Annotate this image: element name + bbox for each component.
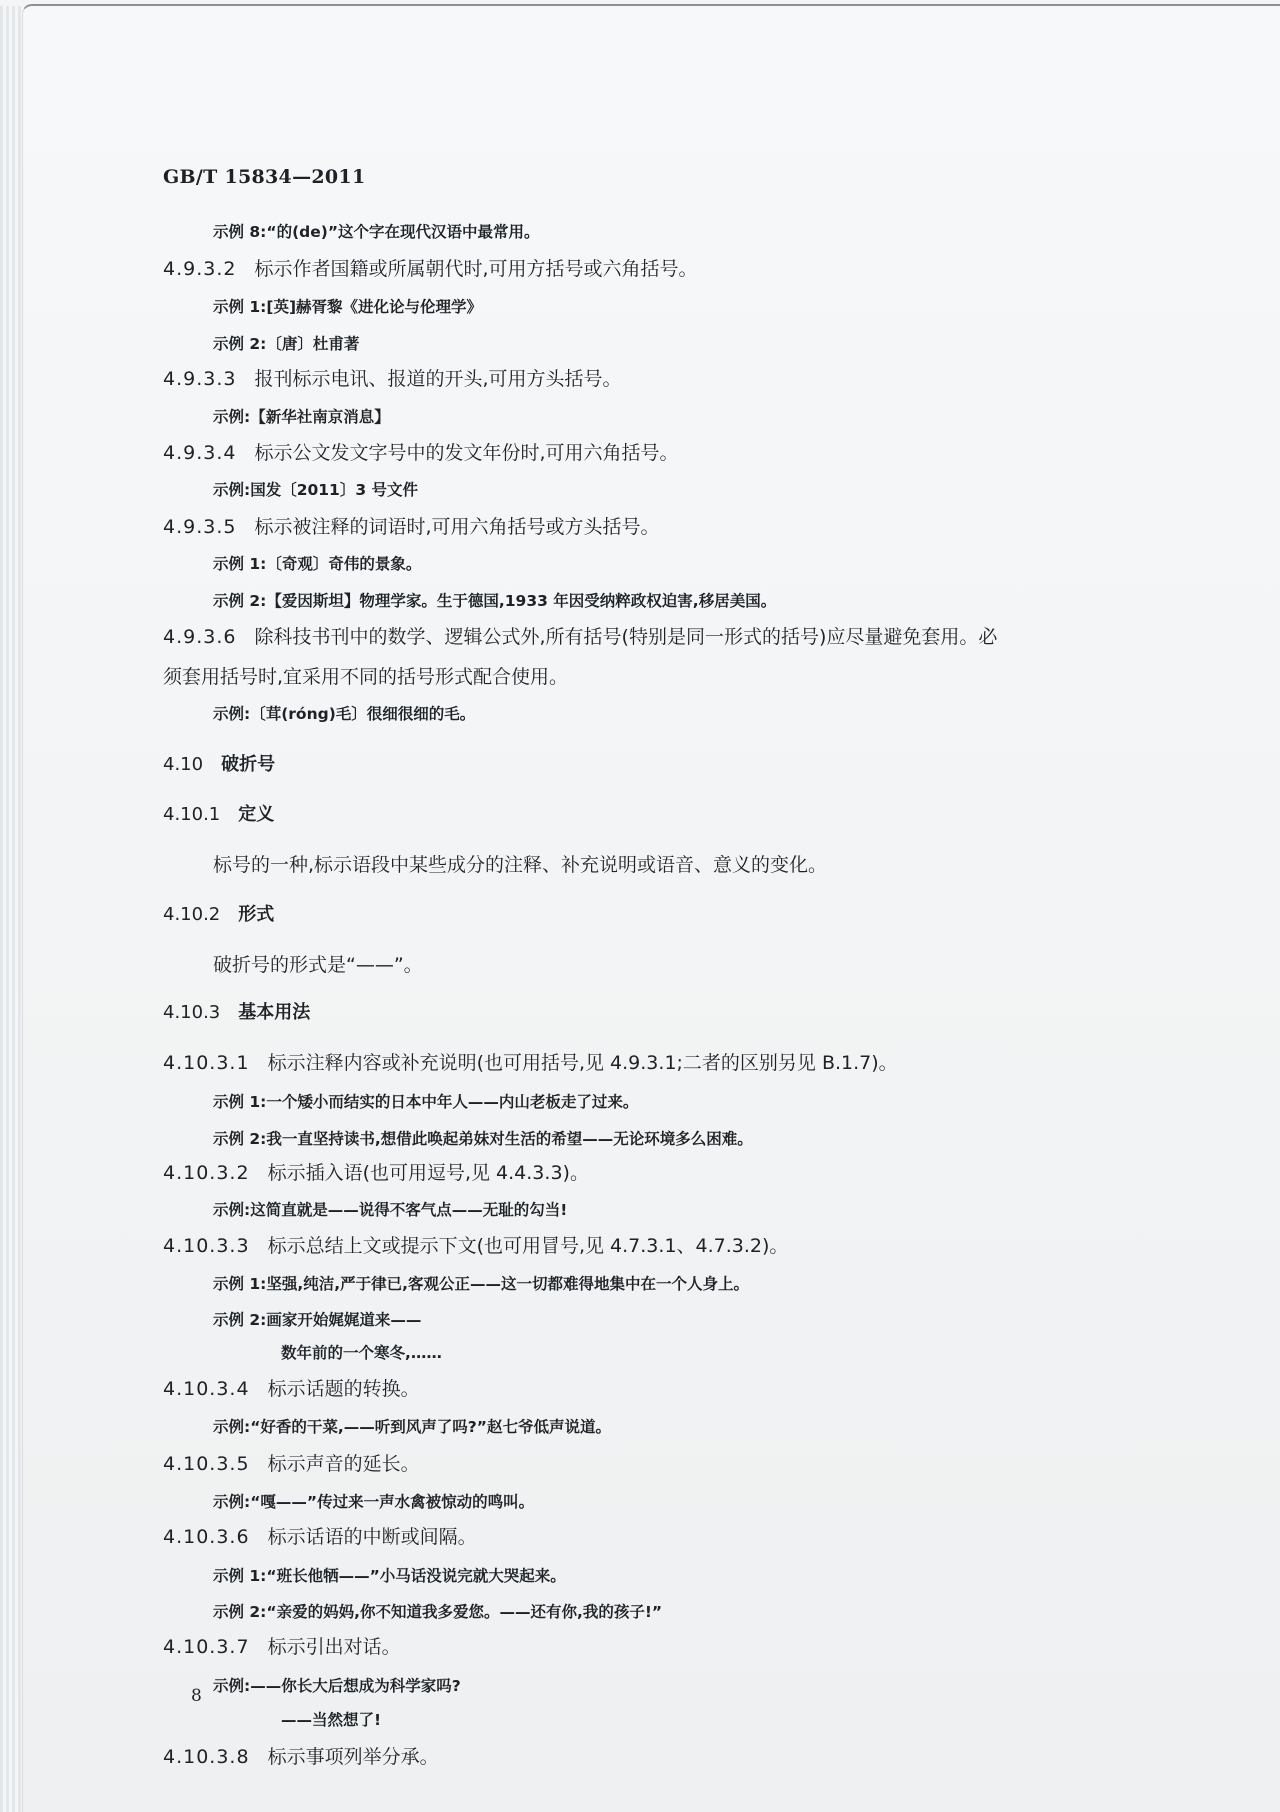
clause-number: 4.10 <box>163 754 203 775</box>
clause-number: 4.9.3.4 <box>163 442 236 464</box>
clause-line: 4.10.3.7标示引出对话。 <box>163 1632 401 1659</box>
clause-line: 4.10.3.2标示插入语(也可用逗号,见 4.4.3.3)。 <box>163 1158 589 1185</box>
body-paragraph: 破折号的形式是“——”。 <box>213 950 423 977</box>
example-line: 示例 2:【爱因斯坦】物理学家。生于德国,1933 年因受纳粹政权迫害,移居美国… <box>213 589 776 611</box>
section-heading: 4.10.3基本用法 <box>163 998 310 1024</box>
clause-number: 4.10.3.3 <box>163 1235 250 1257</box>
clause-line: 4.10.3.5标示声音的延长。 <box>163 1449 420 1476</box>
clause-number: 4.10.3.4 <box>163 1378 250 1400</box>
clause-text: 标示话题的转换。 <box>268 1378 420 1400</box>
clause-number: 4.9.3.5 <box>163 516 236 538</box>
heading-title: 形式 <box>238 904 274 925</box>
clause-text: 标示公文发文字号中的发文年份时,可用六角括号。 <box>254 442 678 464</box>
clause-number: 4.9.3.6 <box>163 626 236 648</box>
example-line: 示例:国发〔2011〕3 号文件 <box>213 478 418 500</box>
body-paragraph: 须套用括号时,宜采用不同的括号形式配合使用。 <box>163 662 568 689</box>
heading-title: 定义 <box>238 804 274 825</box>
example-line: 示例:【新华社南京消息】 <box>213 405 390 427</box>
clause-text: 标示总结上文或提示下文(也可用冒号,见 4.7.3.1、4.7.3.2)。 <box>268 1235 789 1257</box>
clause-number: 4.10.3.5 <box>163 1453 250 1475</box>
clause-text: 标示插入语(也可用逗号,见 4.4.3.3)。 <box>268 1162 589 1184</box>
example-line: 示例 1:〔奇观〕奇伟的景象。 <box>213 552 421 574</box>
clause-text: 标示被注释的词语时,可用六角括号或方头括号。 <box>254 516 659 538</box>
clause-text: 标示注释内容或补充说明(也可用括号,见 4.9.3.1;二者的区别另见 B.1.… <box>268 1052 898 1074</box>
body-paragraph: 标号的一种,标示语段中某些成分的注释、补充说明或语音、意义的变化。 <box>213 850 827 877</box>
clause-text: 标示声音的延长。 <box>268 1453 420 1475</box>
standard-header: GB/T 15834—2011 <box>163 166 365 188</box>
clause-line: 4.10.3.1标示注释内容或补充说明(也可用括号,见 4.9.3.1;二者的区… <box>163 1048 898 1075</box>
section-heading: 4.10.2形式 <box>163 900 274 926</box>
example-line: 示例:这简直就是——说得不客气点——无耻的勾当! <box>213 1198 567 1220</box>
clause-text: 标示作者国籍或所属朝代时,可用方括号或六角括号。 <box>254 258 697 280</box>
section-heading: 4.10.1定义 <box>163 800 274 826</box>
clause-number: 4.10.3.2 <box>163 1162 250 1184</box>
section-heading: 4.10破折号 <box>163 750 275 776</box>
heading-title: 基本用法 <box>238 1002 310 1023</box>
clause-number: 4.9.3.2 <box>163 258 236 280</box>
page-edge-stack <box>0 6 22 1812</box>
clause-line: 4.10.3.6标示话语的中断或间隔。 <box>163 1522 477 1549</box>
document-page: GB/T 15834—2011 示例 8:“的(de)”这个字在现代汉语中最常用… <box>22 4 1280 1812</box>
example-line: 示例:——你长大后想成为科学家吗? <box>213 1674 461 1696</box>
example-line: 示例 2:〔唐〕杜甫著 <box>213 332 359 354</box>
example-line: 示例 1:[英]赫胥黎《进化论与伦理学》 <box>213 295 482 317</box>
clause-number: 4.10.3.6 <box>163 1526 250 1548</box>
clause-line: 4.9.3.4标示公文发文字号中的发文年份时,可用六角括号。 <box>163 438 679 465</box>
example-line: 示例 1:一个矮小而结实的日本中年人——内山老板走了过来。 <box>213 1090 638 1112</box>
clause-line: 4.9.3.2标示作者国籍或所属朝代时,可用方括号或六角括号。 <box>163 254 698 281</box>
example-line: 示例 2:“亲爱的妈妈,你不知道我多爱您。——还有你,我的孩子!” <box>213 1600 662 1622</box>
clause-text: 除科技书刊中的数学、逻辑公式外,所有括号(特别是同一形式的括号)应尽量避免套用。… <box>254 626 997 648</box>
page-number: 8 <box>191 1686 202 1706</box>
clause-line: 4.9.3.3报刊标示电讯、报道的开头,可用方头括号。 <box>163 364 622 391</box>
clause-number: 4.10.3.1 <box>163 1052 250 1074</box>
example-line: 示例 1:坚强,纯洁,严于律已,客观公正——这一切都难得地集中在一个人身上。 <box>213 1272 749 1294</box>
clause-text: 标示引出对话。 <box>268 1636 401 1658</box>
clause-number: 4.10.3 <box>163 1002 220 1023</box>
example-line: 示例:“好香的干菜,——听到风声了吗?”赵七爷低声说道。 <box>213 1415 611 1437</box>
clause-line: 4.10.3.4标示话题的转换。 <box>163 1374 420 1401</box>
clause-text: 报刊标示电讯、报道的开头,可用方头括号。 <box>254 368 621 390</box>
clause-number: 4.10.3.8 <box>163 1746 250 1768</box>
example-line: 示例 8:“的(de)”这个字在现代汉语中最常用。 <box>213 220 540 242</box>
example-line: 数年前的一个寒冬,…… <box>281 1341 442 1363</box>
clause-line: 4.9.3.6除科技书刊中的数学、逻辑公式外,所有括号(特别是同一形式的括号)应… <box>163 622 997 649</box>
clause-line: 4.9.3.5标示被注释的词语时,可用六角括号或方头括号。 <box>163 512 660 539</box>
example-line: ——当然想了! <box>281 1708 381 1730</box>
clause-line: 4.10.3.8标示事项列举分承。 <box>163 1742 439 1769</box>
example-line: 示例 2:我一直坚持读书,想借此唤起弟妹对生活的希望——无论环境多么困难。 <box>213 1127 753 1149</box>
clause-line: 4.10.3.3标示总结上文或提示下文(也可用冒号,见 4.7.3.1、4.7.… <box>163 1231 788 1258</box>
clause-number: 4.10.2 <box>163 904 220 925</box>
clause-text: 标示话语的中断或间隔。 <box>268 1526 477 1548</box>
example-line: 示例:〔茸(róng)毛〕很细很细的毛。 <box>213 702 475 724</box>
clause-number: 4.9.3.3 <box>163 368 236 390</box>
example-line: 示例 2:画家开始娓娓道来—— <box>213 1308 421 1330</box>
clause-number: 4.10.1 <box>163 804 220 825</box>
heading-title: 破折号 <box>221 754 275 775</box>
example-line: 示例:“嘎——”传过来一声水禽被惊动的鸣叫。 <box>213 1490 534 1512</box>
example-line: 示例 1:“班长他牺——”小马话没说完就大哭起来。 <box>213 1564 566 1586</box>
clause-text: 标示事项列举分承。 <box>268 1746 439 1768</box>
clause-number: 4.10.3.7 <box>163 1636 250 1658</box>
